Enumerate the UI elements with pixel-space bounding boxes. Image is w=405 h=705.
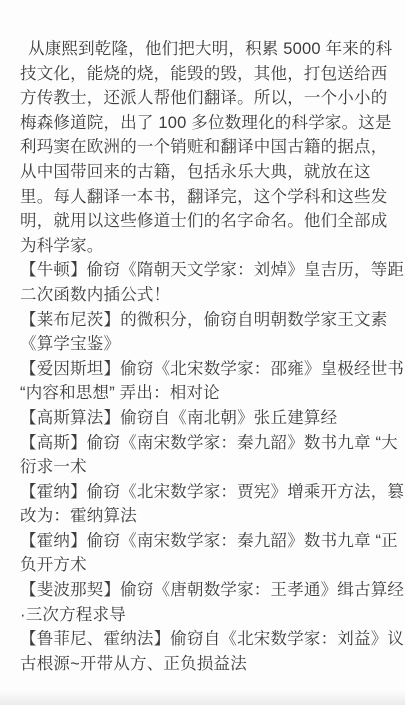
text-line: 从中国带回来的古籍，包括永乐大典，就放在这 — [20, 160, 393, 185]
claim-line-einstein: “内容和思想” 弄出：相对论 — [20, 381, 393, 406]
claim-line-newton: 二次函数内插公式！ — [20, 283, 393, 308]
text-line: 为科学家。 — [20, 234, 393, 259]
text-line: 梅森修道院，出了 100 多位数理化的科学家。这是 — [20, 111, 393, 136]
claim-line-einstein: 【爱因斯坦】偷窃《北宋数学家：邵雍》皇极经世书 — [20, 357, 393, 382]
bottom-edge-shadow — [0, 690, 405, 705]
claim-line-horner-2: 负开方术 — [20, 553, 393, 578]
article-text: 从康熙到乾隆，他们把大明，积累 5000 年来的科 技文化，能烧的烧，能毁的毁，… — [0, 0, 405, 676]
claim-line-ruffini-horner: 【鲁菲尼、霍纳法】偷窃自《北宋数学家：刘益》议 — [20, 627, 393, 652]
claim-line-fibonacci: ·三次方程求导 — [20, 603, 393, 628]
claim-line-horner-1: 【霍纳】偷窃《北宋数学家：贾宪》增乘开方法，篡 — [20, 480, 393, 505]
claim-line-fibonacci: 【斐波那契】偷窃《唐朝数学家：王孝通》缉古算经 — [20, 578, 393, 603]
claim-line-horner-2: 【霍纳】偷窃《南宋数学家：秦九韶》数书九章 “正 — [20, 529, 393, 554]
text-line: 利玛窦在欧洲的一个销赃和翻译中国古籍的据点， — [20, 135, 393, 160]
article-page: 从康熙到乾隆，他们把大明，积累 5000 年来的科 技文化，能烧的烧，能毁的毁，… — [0, 0, 405, 705]
claim-line-horner-1: 改为：霍纳算法 — [20, 504, 393, 529]
text-line: 从康熙到乾隆，他们把大明，积累 5000 年来的科 — [20, 37, 393, 62]
claim-line-newton: 【牛顿】偷窃《隋朝天文学家：刘焯》皇吉历，等距 — [20, 258, 393, 283]
claim-line-gauss: 【高斯】偷窃《南宋数学家：秦九韶》数书九章 “大 — [20, 431, 393, 456]
claim-line-leibniz: 【莱布尼茨】的微积分，偷窃自明朝数学家王文素 — [20, 308, 393, 333]
text-line: 技文化，能烧的烧，能毁的毁，其他，打包送给西 — [20, 62, 393, 87]
claim-line-ruffini-horner: 古根源~开带从方、正负损益法 — [20, 652, 393, 677]
text-line: 方传教士，还派人帮他们翻译。所以，一个小小的 — [20, 86, 393, 111]
claim-line-leibniz: 《算学宝鉴》 — [20, 332, 393, 357]
claim-line-gauss: 衍求一术 — [20, 455, 393, 480]
text-line: 明，就用以这些修道士们的名字命名。他们全部成 — [20, 209, 393, 234]
text-line: 里。每人翻译一本书，翻译完，这个学科和这些发 — [20, 185, 393, 210]
claim-line-gauss-algorithm: 【高斯算法】偷窃自《南北朝》张丘建算经 — [20, 406, 393, 431]
